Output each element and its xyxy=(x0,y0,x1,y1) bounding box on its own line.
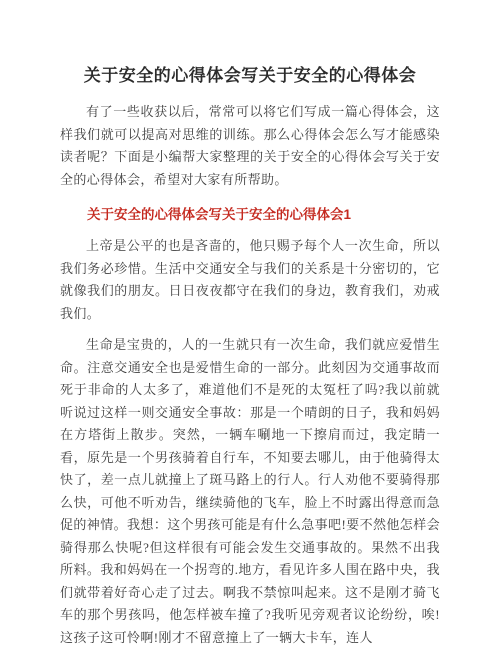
section-1-paragraph-2: 生命是宝贵的，人的一生就只有一次生命，我们就应爱惜生命。注意交通安全也是爱惜生命… xyxy=(60,334,440,647)
section-1-paragraph-1: 上帝是公平的也是吝啬的，他只赐予每个人一次生命，所以我们务必珍惜。生活中交通安全… xyxy=(60,235,440,325)
section-1-heading: 关于安全的心得体会写关于安全的心得体会1 xyxy=(60,205,440,225)
document-page: 关于安全的心得体会写关于安全的心得体会 有了一些收获以后，常常可以将它们写成一篇… xyxy=(0,0,500,647)
document-title: 关于安全的心得体会写关于安全的心得体会 xyxy=(60,64,440,88)
intro-paragraph: 有了一些收获以后，常常可以将它们写成一篇心得体会，这样我们就可以提高对思维的训练… xyxy=(60,101,440,191)
